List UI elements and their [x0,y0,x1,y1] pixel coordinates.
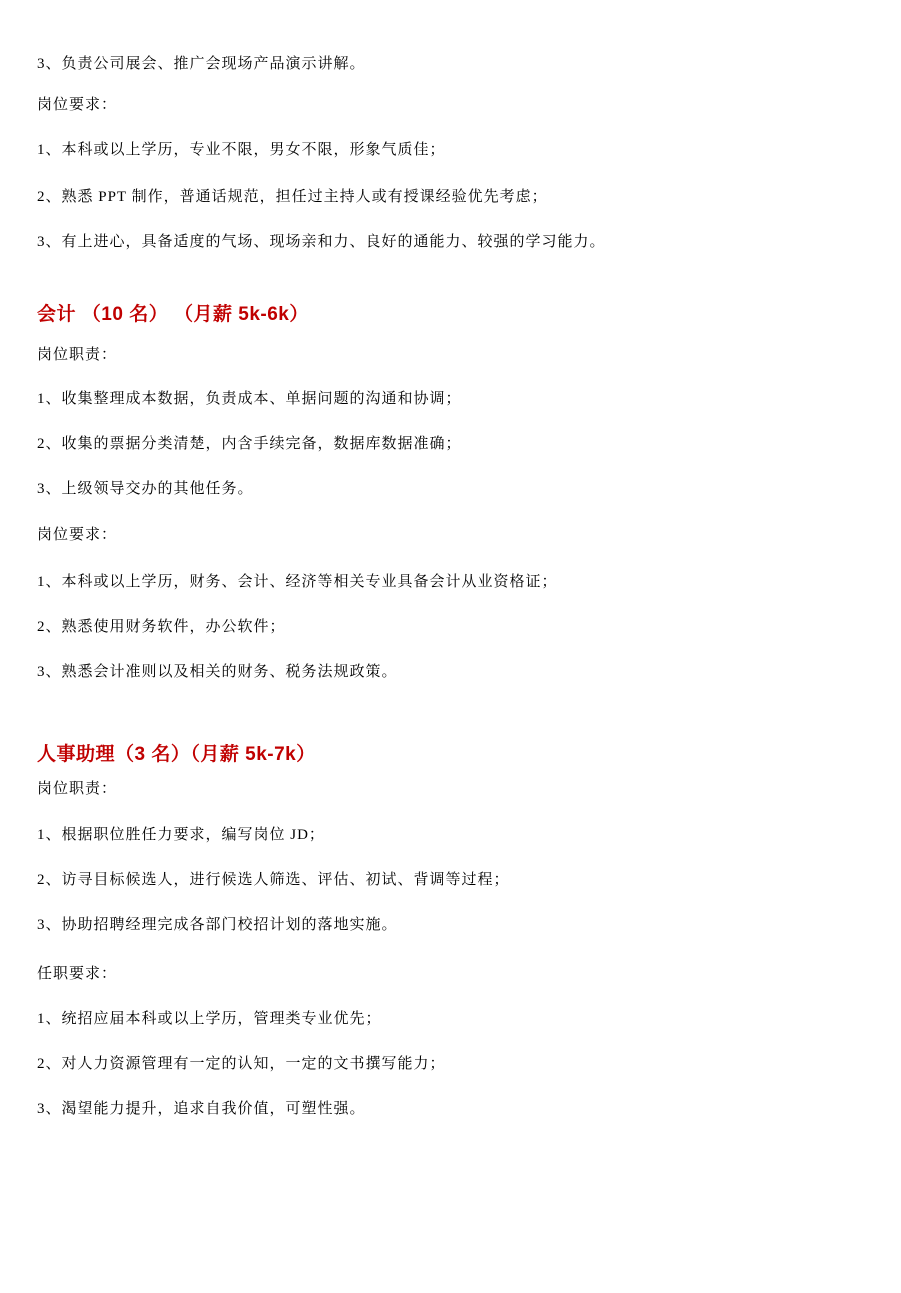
list-item: 1、统招应届本科或以上学历，管理类专业优先； [37,1009,382,1029]
list-item: 1、根据职位胜任力要求，编写岗位 JD； [37,825,325,845]
list-item: 2、熟悉使用财务软件，办公软件； [37,617,286,637]
subsection-label: 岗位要求： [37,525,117,545]
list-item: 3、协助招聘经理完成各部门校招计划的落地实施。 [37,915,398,935]
list-item: 2、熟悉 PPT 制作，普通话规范，担任过主持人或有授课经验优先考虑； [37,187,548,207]
document-page: 3、负责公司展会、推广会现场产品演示讲解。 岗位要求： 1、本科或以上学历，专业… [0,0,901,1293]
list-item: 3、负责公司展会、推广会现场产品演示讲解。 [37,54,366,74]
list-item: 2、收集的票据分类清楚，内含手续完备，数据库数据准确； [37,434,462,454]
list-item: 1、本科或以上学历，财务、会计、经济等相关专业具备会计从业资格证； [37,572,558,592]
list-item: 2、对人力资源管理有一定的认知，一定的文书撰写能力； [37,1054,446,1074]
job-heading-accountant: 会计 （10 名） （月薪 5k-6k） [37,302,309,328]
list-item: 3、熟悉会计准则以及相关的财务、税务法规政策。 [37,662,398,682]
subsection-label: 岗位职责： [37,345,117,365]
job-heading-hr-assistant: 人事助理（3 名）（月薪 5k-7k） [37,742,316,768]
list-item: 1、收集整理成本数据，负责成本、单据问题的沟通和协调； [37,389,462,409]
subsection-label: 岗位要求： [37,95,117,115]
list-item: 3、有上进心，具备适度的气场、现场亲和力、良好的通能力、较强的学习能力。 [37,232,606,252]
list-item: 1、本科或以上学历，专业不限，男女不限，形象气质佳； [37,140,446,160]
subsection-label: 任职要求： [37,964,117,984]
list-item: 2、访寻目标候选人，进行候选人筛选、评估、初试、背调等过程； [37,870,510,890]
subsection-label: 岗位职责： [37,779,117,799]
list-item: 3、渴望能力提升，追求自我价值，可塑性强。 [37,1099,366,1119]
list-item: 3、上级领导交办的其他任务。 [37,479,254,499]
